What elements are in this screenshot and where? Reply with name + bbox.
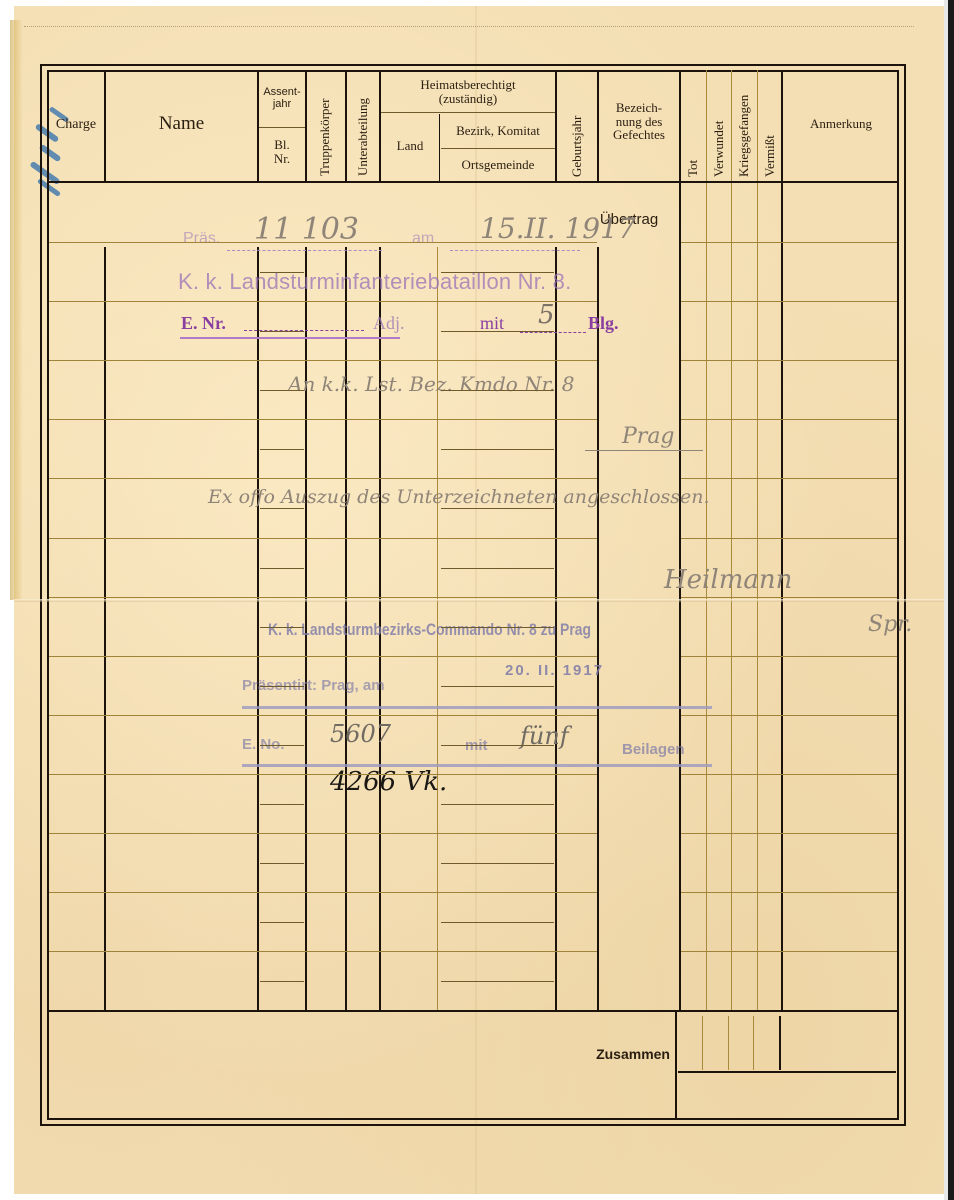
- col-divider: [757, 70, 758, 181]
- header-verwundet: Verwundet: [711, 121, 727, 177]
- header-bl-nr: Bl. Nr.: [259, 138, 305, 165]
- half-row-rule: [260, 331, 304, 332]
- col-divider: [731, 70, 732, 181]
- half-row-rule: [441, 390, 554, 391]
- scan-edge-highlight: [944, 0, 948, 1200]
- header-kriegsgefangen: Kriegsgefangen: [736, 95, 752, 177]
- totals-divider: [728, 1016, 729, 1070]
- half-row-rule: [260, 686, 304, 687]
- half-row-rule: [260, 804, 304, 805]
- stamp1-dotted-line: [227, 250, 382, 251]
- totals-divider: [779, 1016, 781, 1070]
- pencil-eno-number: 5607: [330, 720, 391, 748]
- stamp1-am: am: [412, 230, 434, 248]
- row-rule: [49, 951, 597, 952]
- half-row-rule: [260, 508, 304, 509]
- half-row-rule: [441, 686, 554, 687]
- totals-divider: [702, 1016, 703, 1070]
- row-rule: [681, 951, 897, 952]
- stamp1-enr: E. Nr.: [181, 313, 226, 334]
- edge-stain: [10, 20, 22, 600]
- row-rule: [49, 301, 597, 302]
- half-row-rule: [441, 981, 554, 982]
- stamp1-underline: [180, 337, 400, 339]
- header-subdivider: [439, 114, 440, 181]
- row-rule: [681, 715, 897, 716]
- half-row-rule: [260, 745, 304, 746]
- header-charge: Charge: [48, 118, 104, 133]
- zusammen-label: Zusammen: [570, 1047, 670, 1062]
- stamp2-beilagen: Beilagen: [622, 741, 685, 758]
- row-rule: [49, 715, 597, 716]
- pencil-initials: Spr.: [868, 612, 912, 637]
- row-rule: [49, 478, 597, 479]
- row-rule: [681, 360, 897, 361]
- half-row-rule: [260, 390, 304, 391]
- row-rule: [49, 597, 597, 598]
- row-rule: [681, 419, 897, 420]
- pencil-underline: [585, 450, 703, 451]
- half-row-rule: [441, 568, 554, 569]
- pencil-beilagen-count: 5: [538, 300, 555, 330]
- header-land: Land: [381, 139, 439, 153]
- half-row-rule: [441, 627, 554, 628]
- row-rule: [681, 656, 897, 657]
- half-row-rule: [260, 568, 304, 569]
- col-divider: [305, 70, 307, 181]
- half-row-rule: [441, 331, 554, 332]
- stamp2-underline: [242, 706, 712, 709]
- half-row-rule: [441, 272, 554, 273]
- stamp1-dotted-line: [520, 332, 586, 333]
- half-row-rule: [260, 922, 304, 923]
- row-rule: [49, 656, 597, 657]
- row-rule: [49, 892, 597, 893]
- half-row-rule: [441, 922, 554, 923]
- col-divider: [345, 70, 347, 181]
- header-name: Name: [106, 114, 257, 134]
- fold-horizontal: [14, 599, 944, 602]
- col-divider: [706, 70, 707, 181]
- perforation-line: [24, 26, 914, 29]
- pencil-address: An k.k. Lst. Bez. Kmdo Nr. 8: [288, 372, 574, 396]
- totals-divider: [675, 1012, 677, 1120]
- header-truppenkoerper: Truppenkörper: [317, 98, 333, 176]
- row-rule: [49, 774, 597, 775]
- totals-subrule: [678, 1071, 896, 1073]
- row-rule: [681, 242, 897, 243]
- row-rule: [681, 301, 897, 302]
- header-bezirk-komitat: Bezirk, Komitat: [441, 124, 555, 138]
- header-vermisst: Vermißt: [762, 135, 778, 177]
- row-rule: [681, 597, 897, 598]
- totals-rule: [47, 1010, 899, 1012]
- half-row-rule: [260, 627, 304, 628]
- half-row-rule: [260, 449, 304, 450]
- header-geburtsjahr: Geburtsjahr: [569, 116, 585, 177]
- half-row-rule: [260, 981, 304, 982]
- header-rule: [47, 181, 899, 183]
- row-rule: [49, 242, 597, 243]
- pencil-praes-date: 15.II. 1917: [480, 212, 636, 245]
- stamp1-praes: Präs.: [183, 230, 220, 248]
- header-subrule: [441, 148, 555, 149]
- half-row-rule: [441, 863, 554, 864]
- half-row-rule: [441, 804, 554, 805]
- header-bezeichnung-gefecht: Bezeich- nung des Gefechtes: [599, 101, 679, 142]
- header-assentjahr: Assent- jahr: [259, 87, 305, 110]
- col-divider: [555, 70, 557, 181]
- header-anmerkung: Anmerkung: [783, 117, 899, 131]
- stamp2-underline: [242, 764, 712, 767]
- form-frame-inner: [47, 70, 899, 1120]
- col-divider-assent: [257, 247, 259, 1011]
- col-divider: [679, 70, 681, 181]
- half-row-rule: [441, 508, 554, 509]
- header-subrule: [381, 112, 555, 113]
- stamp2-commando: K. k. Landsturmbezirks-Commando Nr. 8 zu…: [268, 620, 591, 640]
- header-ortsgemeinde: Ortsgemeinde: [441, 158, 555, 172]
- half-row-rule: [441, 449, 554, 450]
- row-rule: [49, 419, 597, 420]
- stamp1-dotted-line: [450, 250, 580, 251]
- header-heimatsberechtigt: Heimatsberechtigt (zuständig): [381, 78, 555, 105]
- row-rule: [681, 478, 897, 479]
- pencil-prag: Prag: [622, 424, 675, 449]
- stamp1-adj: Adj.: [373, 313, 405, 334]
- col-divider-name: [104, 247, 106, 1011]
- col-divider-gefecht: [597, 247, 599, 1011]
- pencil-signature: Heilmann: [664, 565, 792, 595]
- half-row-rule: [260, 863, 304, 864]
- row-rule: [681, 892, 897, 893]
- stamp2-date: 20. II. 1917: [505, 662, 604, 679]
- row-rule: [49, 538, 597, 539]
- totals-divider: [753, 1016, 754, 1070]
- pencil-remark: Ex offo Auszug des Unterzeichneten anges…: [208, 486, 710, 508]
- row-rule: [681, 538, 897, 539]
- half-row-rule: [260, 272, 304, 273]
- row-rule: [681, 774, 897, 775]
- half-row-rule: [441, 745, 554, 746]
- stamp1-blg: Blg.: [588, 313, 619, 334]
- row-rule: [681, 833, 897, 834]
- header-unterabteilung: Unterabteilung: [355, 98, 371, 176]
- ink-reference-number: 4266 Vk.: [330, 767, 447, 797]
- row-rule: [49, 360, 597, 361]
- header-subrule: [259, 127, 305, 128]
- row-rule: [49, 833, 597, 834]
- header-tot: Tot: [685, 160, 701, 177]
